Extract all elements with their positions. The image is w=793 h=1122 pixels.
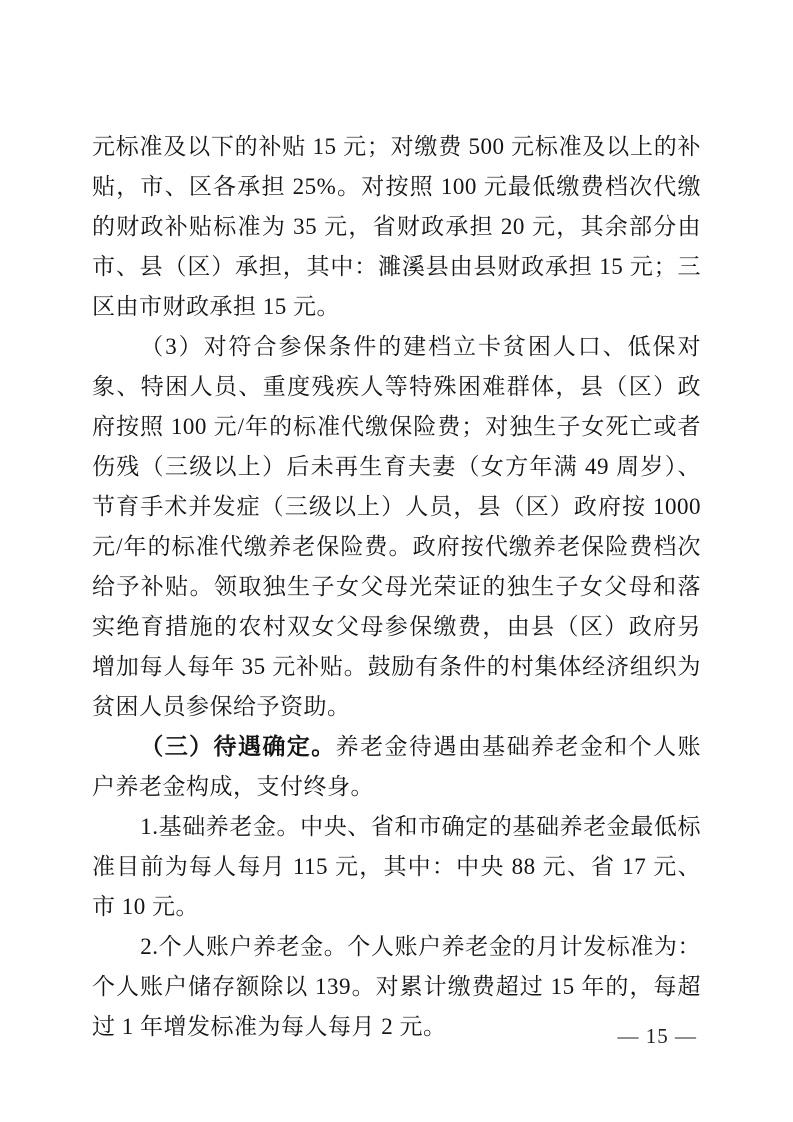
paragraph-text: （3）对符合参保条件的建档立卡贫困人口、低保对象、特困人员、重度残疾人等特殊困难… (92, 334, 701, 719)
paragraph-text: 2.个人账户养老金。个人账户养老金的月计发标准为：个人账户储存额除以 139。对… (92, 934, 701, 1039)
paragraph-personal-account: 2.个人账户养老金。个人账户养老金的月计发标准为：个人账户储存额除以 139。对… (92, 927, 701, 1047)
paragraph-basic-pension: 1.基础养老金。中央、省和市确定的基础养老金最低标准目前为每人每月 115 元，… (92, 807, 701, 927)
document-body: 元标准及以下的补贴 15 元；对缴费 500 元标准及以上的补贴，市、区各承担 … (92, 127, 701, 1047)
paragraph-item-3: （3）对符合参保条件的建档立卡贫困人口、低保对象、特困人员、重度残疾人等特殊困难… (92, 327, 701, 727)
page-number: — 15 — (618, 1021, 698, 1051)
paragraph-section-3: （三）待遇确定。养老金待遇由基础养老金和个人账户养老金构成，支付终身。 (92, 727, 701, 807)
paragraph-continuation: 元标准及以下的补贴 15 元；对缴费 500 元标准及以上的补贴，市、区各承担 … (92, 127, 701, 327)
document-page: 元标准及以下的补贴 15 元；对缴费 500 元标准及以上的补贴，市、区各承担 … (0, 0, 793, 1122)
paragraph-text: 元标准及以下的补贴 15 元；对缴费 500 元标准及以上的补贴，市、区各承担 … (92, 134, 701, 319)
paragraph-text: 1.基础养老金。中央、省和市确定的基础养老金最低标准目前为每人每月 115 元，… (92, 814, 701, 919)
section-heading: （三）待遇确定。 (140, 734, 335, 759)
